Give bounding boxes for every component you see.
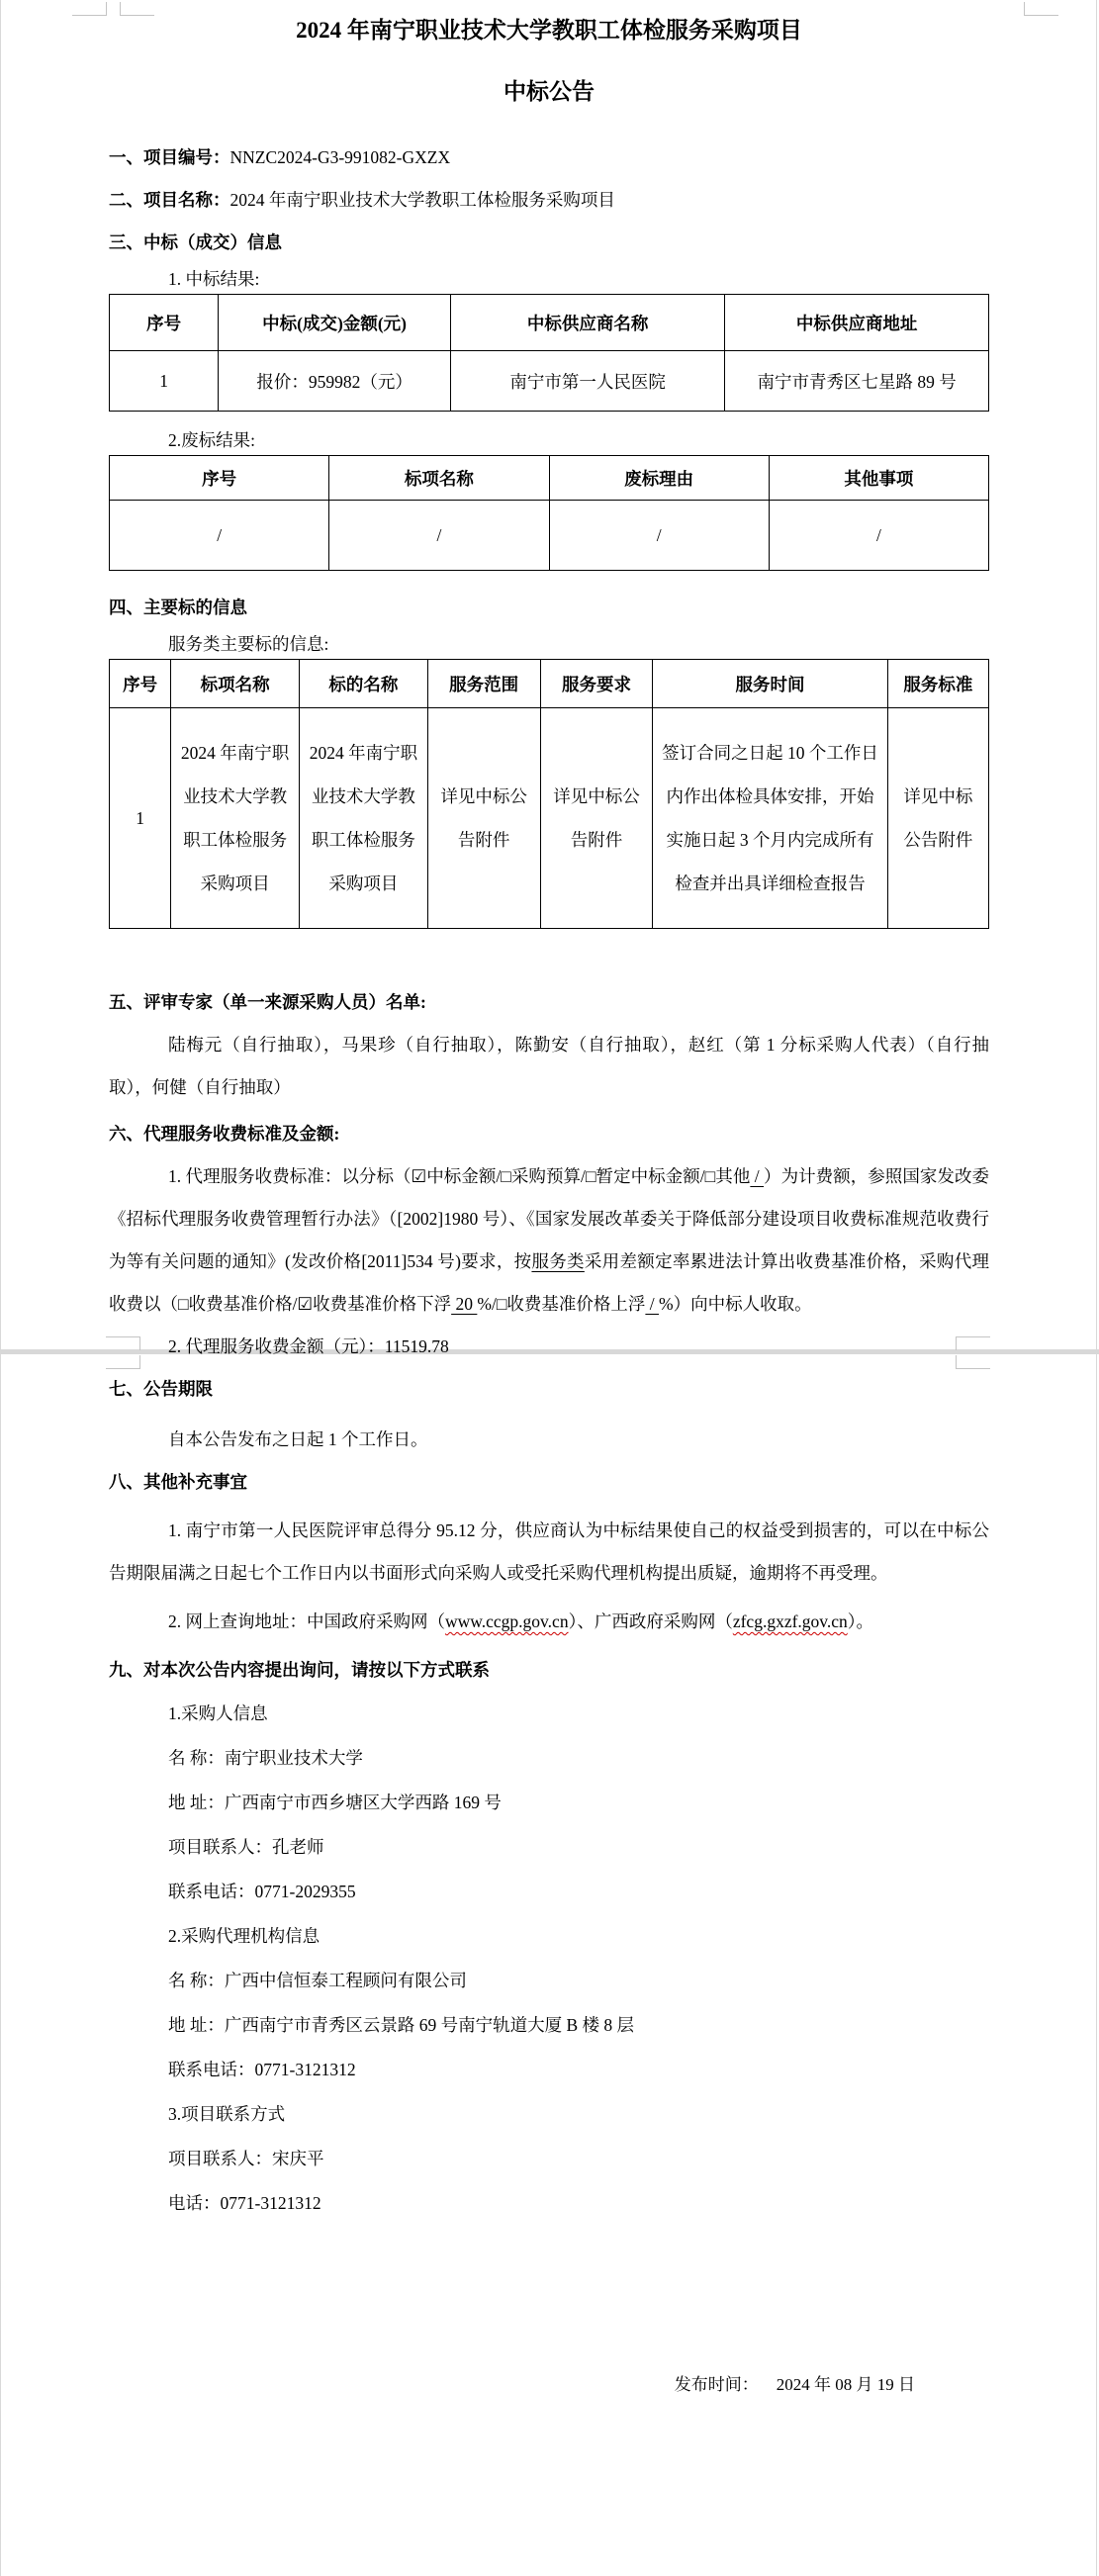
- column-header: 服务标准: [887, 660, 988, 708]
- table-header-row: 序号 标项名称 废标理由 其他事项: [110, 456, 989, 501]
- contact-line: 地 址：广西南宁市西乡塘区大学西路 169 号: [168, 1781, 989, 1825]
- text-run: 2. 网上查询地址：中国政府采购网（: [168, 1611, 445, 1631]
- column-header: 标项名称: [171, 660, 300, 708]
- document-title-line1: 2024 年南宁职业技术大学教职工体检服务采购项目: [109, 0, 989, 47]
- contact-line: 项目联系人：孔老师: [168, 1825, 989, 1870]
- ccgp-url-text: www.ccgp.gov.cn: [445, 1611, 569, 1631]
- underlined-blank: /: [645, 1294, 659, 1314]
- column-header: 标项名称: [329, 456, 549, 501]
- column-header: 服务时间: [653, 660, 887, 708]
- column-header: 其他事项: [769, 456, 988, 501]
- contact-line: 2.采购代理机构信息: [168, 1914, 989, 1959]
- contact-line: 联系电话：0771-3121312: [168, 2048, 989, 2092]
- section-contact-heading: 九、对本次公告内容提出询问，请按以下方式联系: [109, 1649, 989, 1692]
- cell-supplier-name: 南宁市第一人民医院: [450, 351, 724, 412]
- score-and-objection-paragraph: 1. 南宁市第一人民医院评审总得分 95.12 分，供应商认为中标结果使自己的权…: [109, 1510, 989, 1595]
- column-header: 中标(成交)金额(元): [219, 295, 451, 351]
- section-project-name: 二、项目名称：2024 年南宁职业技术大学教职工体检服务采购项目: [109, 179, 989, 222]
- column-header: 废标理由: [549, 456, 769, 501]
- column-header: 中标供应商地址: [725, 295, 989, 351]
- column-header: 序号: [110, 456, 329, 501]
- contact-line: 名 称：南宁职业技术大学: [168, 1736, 989, 1781]
- column-header: 服务范围: [427, 660, 540, 708]
- cell-subject-name: 2024 年南宁职业技术大学教职工体检服务采购项目: [300, 708, 428, 929]
- text-run: ）。: [848, 1611, 873, 1631]
- text-run: ）、广西政府采购网（: [569, 1611, 733, 1631]
- experts-list-paragraph: 陆梅元（自行抽取），马果珍（自行抽取），陈勤安（自行抽取），赵红（第 1 分标采…: [109, 1024, 989, 1109]
- column-header: 序号: [110, 295, 219, 351]
- project-name-value: 2024 年南宁职业技术大学教职工体检服务采购项目: [230, 190, 615, 210]
- column-header: 序号: [110, 660, 171, 708]
- table-header-row: 序号 标项名称 标的名称 服务范围 服务要求 服务时间 服务标准: [110, 660, 989, 708]
- section-main-subject-heading: 四、主要标的信息: [109, 587, 989, 629]
- column-header: 中标供应商名称: [450, 295, 724, 351]
- section-agency-fee-heading: 六、代理服务收费标准及金额:: [109, 1113, 989, 1155]
- text-run: %）向中标人收取。: [659, 1294, 812, 1314]
- cell-seq: 1: [110, 351, 219, 412]
- contact-line: 联系电话：0771-2029355: [168, 1870, 989, 1914]
- main-subject-table: 序号 标项名称 标的名称 服务范围 服务要求 服务时间 服务标准 1 2024 …: [109, 659, 989, 929]
- table-header-row: 序号 中标(成交)金额(元) 中标供应商名称 中标供应商地址: [110, 295, 989, 351]
- column-header: 服务要求: [540, 660, 653, 708]
- table-row: 1 2024 年南宁职业技术大学教职工体检服务采购项目 2024 年南宁职业技术…: [110, 708, 989, 929]
- section-award-info-heading: 三、中标（成交）信息: [109, 222, 989, 264]
- announcement-period-paragraph: 自本公告发布之日起 1 个工作日。: [109, 1419, 989, 1461]
- contact-info-list: 1.采购人信息 名 称：南宁职业技术大学 地 址：广西南宁市西乡塘区大学西路 1…: [109, 1692, 989, 2226]
- contact-line: 地 址：广西南宁市青秀区云景路 69 号南宁轨道大厦 B 楼 8 层: [168, 2003, 989, 2048]
- section-experts-heading: 五、评审专家（单一来源采购人员）名单:: [109, 981, 989, 1024]
- section-project-number: 一、项目编号：NNZC2024-G3-991082-GXZX: [109, 137, 989, 179]
- online-query-paragraph: 2. 网上查询地址：中国政府采购网（www.ccgp.gov.cn）、广西政府采…: [109, 1601, 989, 1643]
- contact-line: 1.采购人信息: [168, 1692, 989, 1736]
- cell-other: /: [769, 501, 988, 571]
- cell-lot-name: /: [329, 501, 549, 571]
- table-row: 1 报价：959982（元） 南宁市第一人民医院 南宁市青秀区七星路 89 号: [110, 351, 989, 412]
- underlined-discount-percent: 20: [451, 1294, 477, 1314]
- cell-amount: 报价：959982（元）: [219, 351, 451, 412]
- document-title-line2: 中标公告: [109, 75, 989, 109]
- text-run: %/□收费基准价格上浮: [477, 1294, 645, 1314]
- fail-result-table: 序号 标项名称 废标理由 其他事项 / / / /: [109, 455, 989, 571]
- section-other-matters-heading: 八、其他补充事宜: [109, 1461, 989, 1504]
- cell-seq: 1: [110, 708, 171, 929]
- cell-service-scope: 详见中标公告附件: [427, 708, 540, 929]
- fail-result-label: 2.废标结果:: [109, 425, 989, 455]
- contact-line: 项目联系人：宋庆平: [168, 2137, 989, 2181]
- cell-fail-reason: /: [549, 501, 769, 571]
- underlined-blank: /: [750, 1166, 764, 1186]
- agency-fee-amount-paragraph: 2. 代理服务收费金额（元）：11519.78: [109, 1326, 989, 1368]
- text-run: 1. 代理服务收费标准：以分标（☑中标金额/□采购预算/□暂定中标金额/□其他: [168, 1166, 750, 1186]
- cell-service-standard: 详见中标公告附件: [887, 708, 988, 929]
- project-number-label: 一、项目编号：: [109, 147, 230, 167]
- cell-service-time: 签订合同之日起 10 个工作日内作出体检具体安排，开始实施日起 3 个月内完成所…: [653, 708, 887, 929]
- agency-fee-standard-paragraph: 1. 代理服务收费标准：以分标（☑中标金额/□采购预算/□暂定中标金额/□其他 …: [109, 1155, 989, 1326]
- section-announcement-period-heading: 七、公告期限: [109, 1368, 989, 1411]
- cell-seq: /: [110, 501, 329, 571]
- publish-date-value: 2024 年 08 月 19 日: [777, 2375, 915, 2394]
- table-row: / / / /: [110, 501, 989, 571]
- cell-lot-name: 2024 年南宁职业技术大学教职工体检服务采购项目: [171, 708, 300, 929]
- service-subject-intro: 服务类主要标的信息:: [109, 629, 989, 659]
- column-header: 标的名称: [300, 660, 428, 708]
- document-content: 2024 年南宁职业技术大学教职工体检服务采购项目 中标公告 一、项目编号：NN…: [0, 0, 1099, 2436]
- project-name-label: 二、项目名称：: [109, 190, 230, 210]
- gxzf-url-text: zfcg.gxzf.gov.cn: [733, 1611, 848, 1631]
- publish-date-label: 发布时间：: [675, 2375, 759, 2394]
- document-page: 2024 年南宁职业技术大学教职工体检服务采购项目 中标公告 一、项目编号：NN…: [0, 0, 1099, 2576]
- contact-line: 电话：0771-3121312: [168, 2181, 989, 2226]
- award-result-label: 1. 中标结果:: [109, 264, 989, 294]
- publish-date-line: 发布时间：2024 年 08 月 19 日: [109, 2374, 989, 2436]
- contact-line: 3.项目联系方式: [168, 2092, 989, 2137]
- cell-supplier-address: 南宁市青秀区七星路 89 号: [725, 351, 989, 412]
- cell-service-requirement: 详见中标公告附件: [540, 708, 653, 929]
- award-result-table: 序号 中标(成交)金额(元) 中标供应商名称 中标供应商地址 1 报价：9599…: [109, 294, 989, 412]
- contact-line: 名 称：广西中信恒泰工程顾问有限公司: [168, 1959, 989, 2003]
- project-number-value: NNZC2024-G3-991082-GXZX: [230, 147, 451, 167]
- underlined-service-type: 服务类: [531, 1251, 584, 1271]
